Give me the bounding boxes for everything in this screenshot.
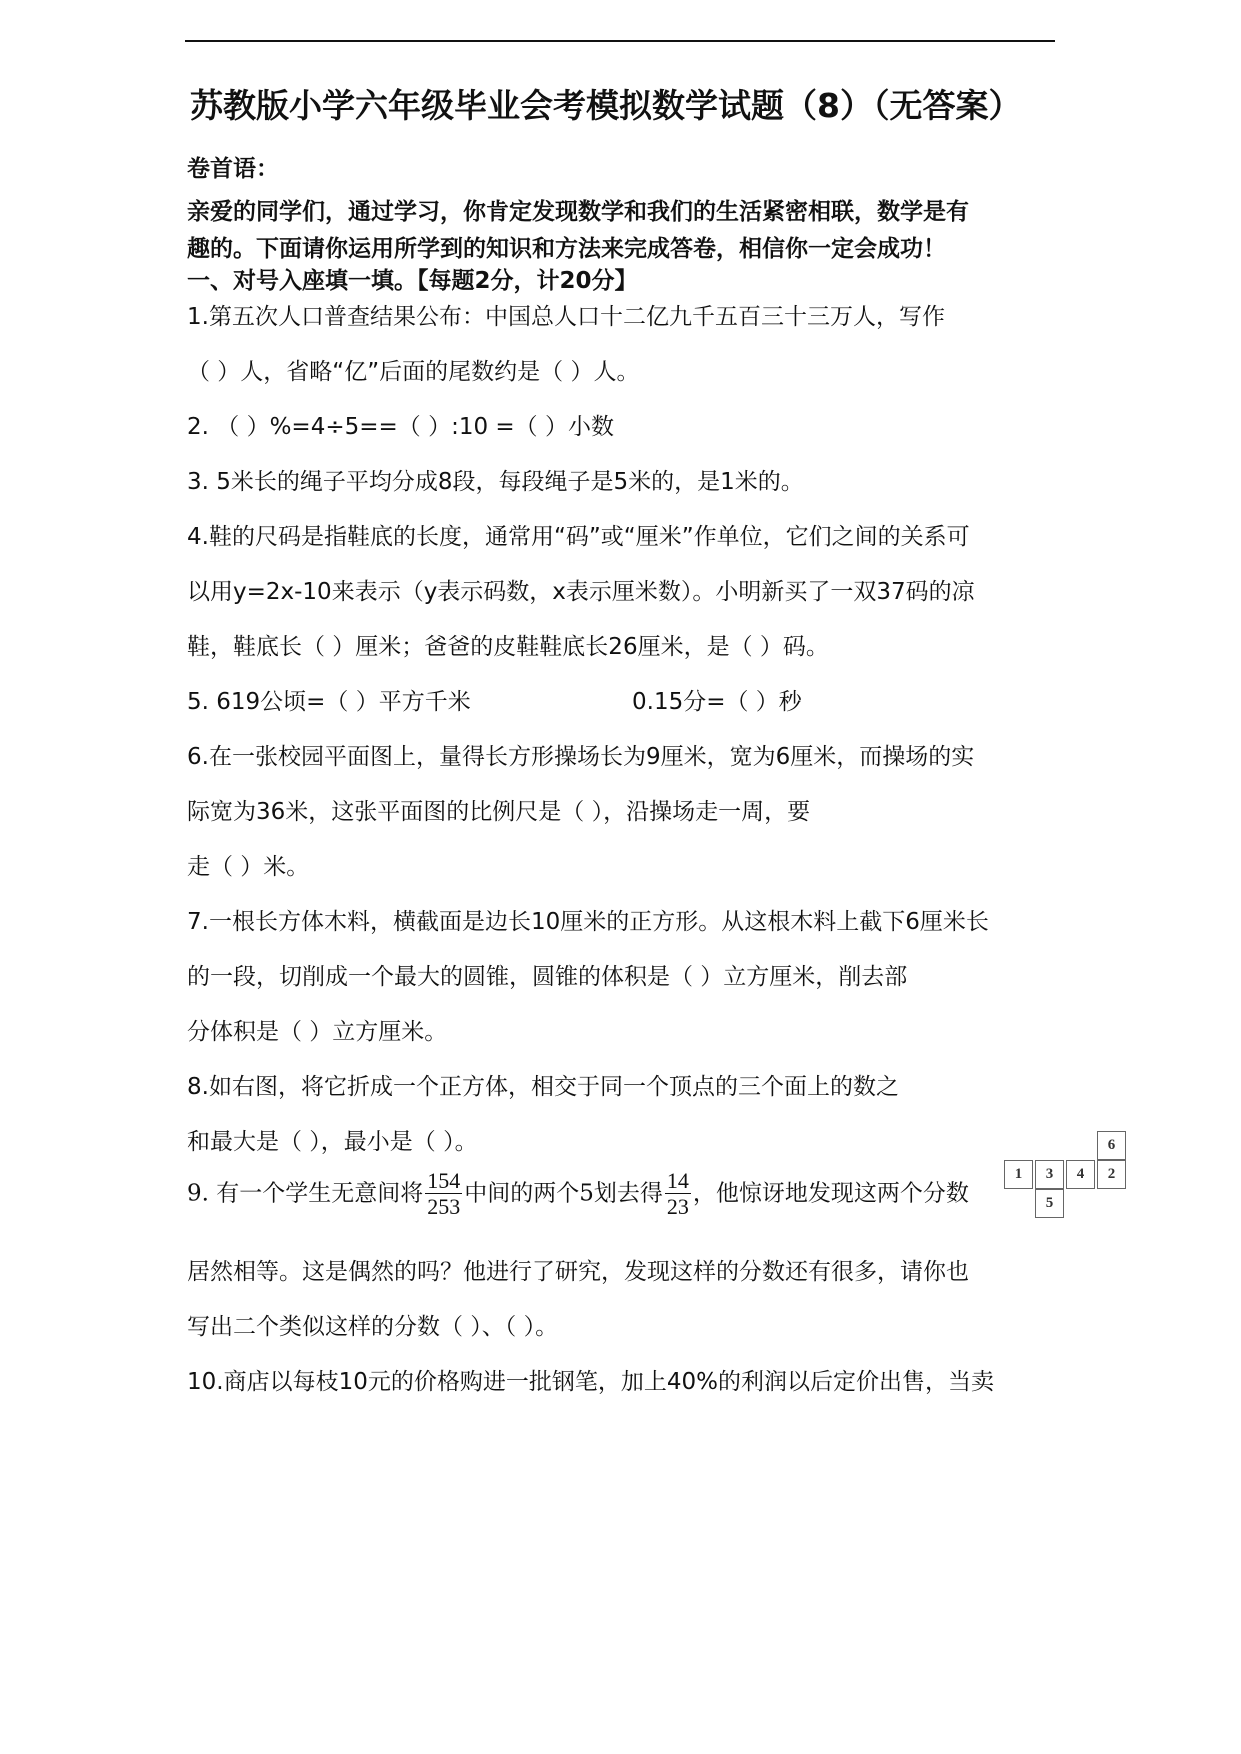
cube-face-1: 1 xyxy=(1004,1160,1033,1189)
question-6-line-1: 6.在一张校园平面图上，量得长方形操场长为9厘米，宽为6厘米，而操场的实 xyxy=(187,738,974,771)
fraction-14-23: 1423 xyxy=(665,1168,691,1220)
page-title: 苏教版小学六年级毕业会考模拟数学试题（8）（无答案） xyxy=(190,80,1090,127)
question-9-line-2: 居然相等。这是偶然的吗？他进行了研究，发现这样的分数还有很多，请你也 xyxy=(187,1253,969,1286)
question-6-line-2: 际宽为36米，这张平面图的比例尺是（ ），沿操场走一周，要 xyxy=(187,793,810,826)
fraction-1-denominator: 253 xyxy=(425,1194,462,1219)
preface-line-1: 亲爱的同学们，通过学习，你肯定发现数学和我们的生活紧密相联，数学是有 xyxy=(187,193,969,226)
header-rule xyxy=(185,40,1055,42)
fraction-154-253: 154253 xyxy=(425,1168,462,1220)
question-8-line-2: 和最大是（ ），最小是（ ）。 xyxy=(187,1123,478,1156)
question-1-line-2: （ ）人，省略“亿”后面的尾数约是（ ）人。 xyxy=(187,353,639,386)
cube-face-4: 4 xyxy=(1066,1160,1095,1189)
question-9-suffix: ，他惊讶地发现这两个分数 xyxy=(693,1180,969,1206)
question-9-middle: 中间的两个5划去得 xyxy=(464,1180,663,1206)
question-7-line-3: 分体积是（ ）立方厘米。 xyxy=(187,1013,447,1046)
question-7-line-2: 的一段，切削成一个最大的圆锥，圆锥的体积是（ ）立方厘米，削去部 xyxy=(187,958,907,991)
preface-label: 卷首语： xyxy=(187,150,279,183)
fraction-2-denominator: 23 xyxy=(665,1194,691,1219)
question-4-line-2: 以用y=2x-10来表示（y表示码数，x表示厘米数）。小明新买了一双37码的凉 xyxy=(187,573,975,606)
question-5-part-2: 0.15分=（ ）秒 xyxy=(632,683,802,716)
question-4-line-1: 4.鞋的尺码是指鞋底的长度，通常用“码”或“厘米”作单位，它们之间的关系可 xyxy=(187,518,970,551)
question-8-line-1: 8.如右图，将它折成一个正方体，相交于同一个顶点的三个面上的数之 xyxy=(187,1068,899,1101)
question-3-line-1: 3. 5米长的绳子平均分成8段，每段绳子是5米的，是1米的。 xyxy=(187,463,804,496)
question-9-line-1: 9. 有一个学生无意间将154253中间的两个5划去得1423，他惊讶地发现这两… xyxy=(187,1168,969,1220)
cube-face-6: 6 xyxy=(1097,1131,1126,1160)
fraction-2-numerator: 14 xyxy=(665,1168,691,1194)
section-1-heading: 一、对号入座填一填。【每题2分，计20分】 xyxy=(187,262,638,295)
question-7-line-1: 7.一根长方体木料，横截面是边长10厘米的正方形。从这根木料上截下6厘米长 xyxy=(187,903,989,936)
cube-net-diagram: 6 1 3 4 2 5 xyxy=(1004,1131,1128,1221)
question-5-part-1: 5. 619公顷=（ ）平方千米 xyxy=(187,683,471,716)
question-4-line-3: 鞋，鞋底长（ ）厘米；爸爸的皮鞋鞋底长26厘米，是（ ）码。 xyxy=(187,628,829,661)
question-1-line-1: 1.第五次人口普查结果公布：中国总人口十二亿九千五百三十三万人，写作 xyxy=(187,298,945,331)
question-6-line-3: 走（ ）米。 xyxy=(187,848,309,881)
question-2-line-1: 2. （ ）%=4÷5==（ ）:10 =（ ）小数 xyxy=(187,408,614,441)
cube-face-2: 2 xyxy=(1097,1160,1126,1189)
question-10-line-1: 10.商店以每枝10元的价格购进一批钢笔，加上40%的利润以后定价出售，当卖 xyxy=(187,1363,994,1396)
cube-face-3: 3 xyxy=(1035,1160,1064,1189)
cube-face-5: 5 xyxy=(1035,1189,1064,1218)
question-9-prefix: 9. 有一个学生无意间将 xyxy=(187,1180,423,1206)
question-9-line-3: 写出二个类似这样的分数（ ）、（ ）。 xyxy=(187,1308,558,1341)
preface-line-2: 趣的。下面请你运用所学到的知识和方法来完成答卷，相信你一定会成功！ xyxy=(187,230,946,263)
fraction-1-numerator: 154 xyxy=(425,1168,462,1194)
